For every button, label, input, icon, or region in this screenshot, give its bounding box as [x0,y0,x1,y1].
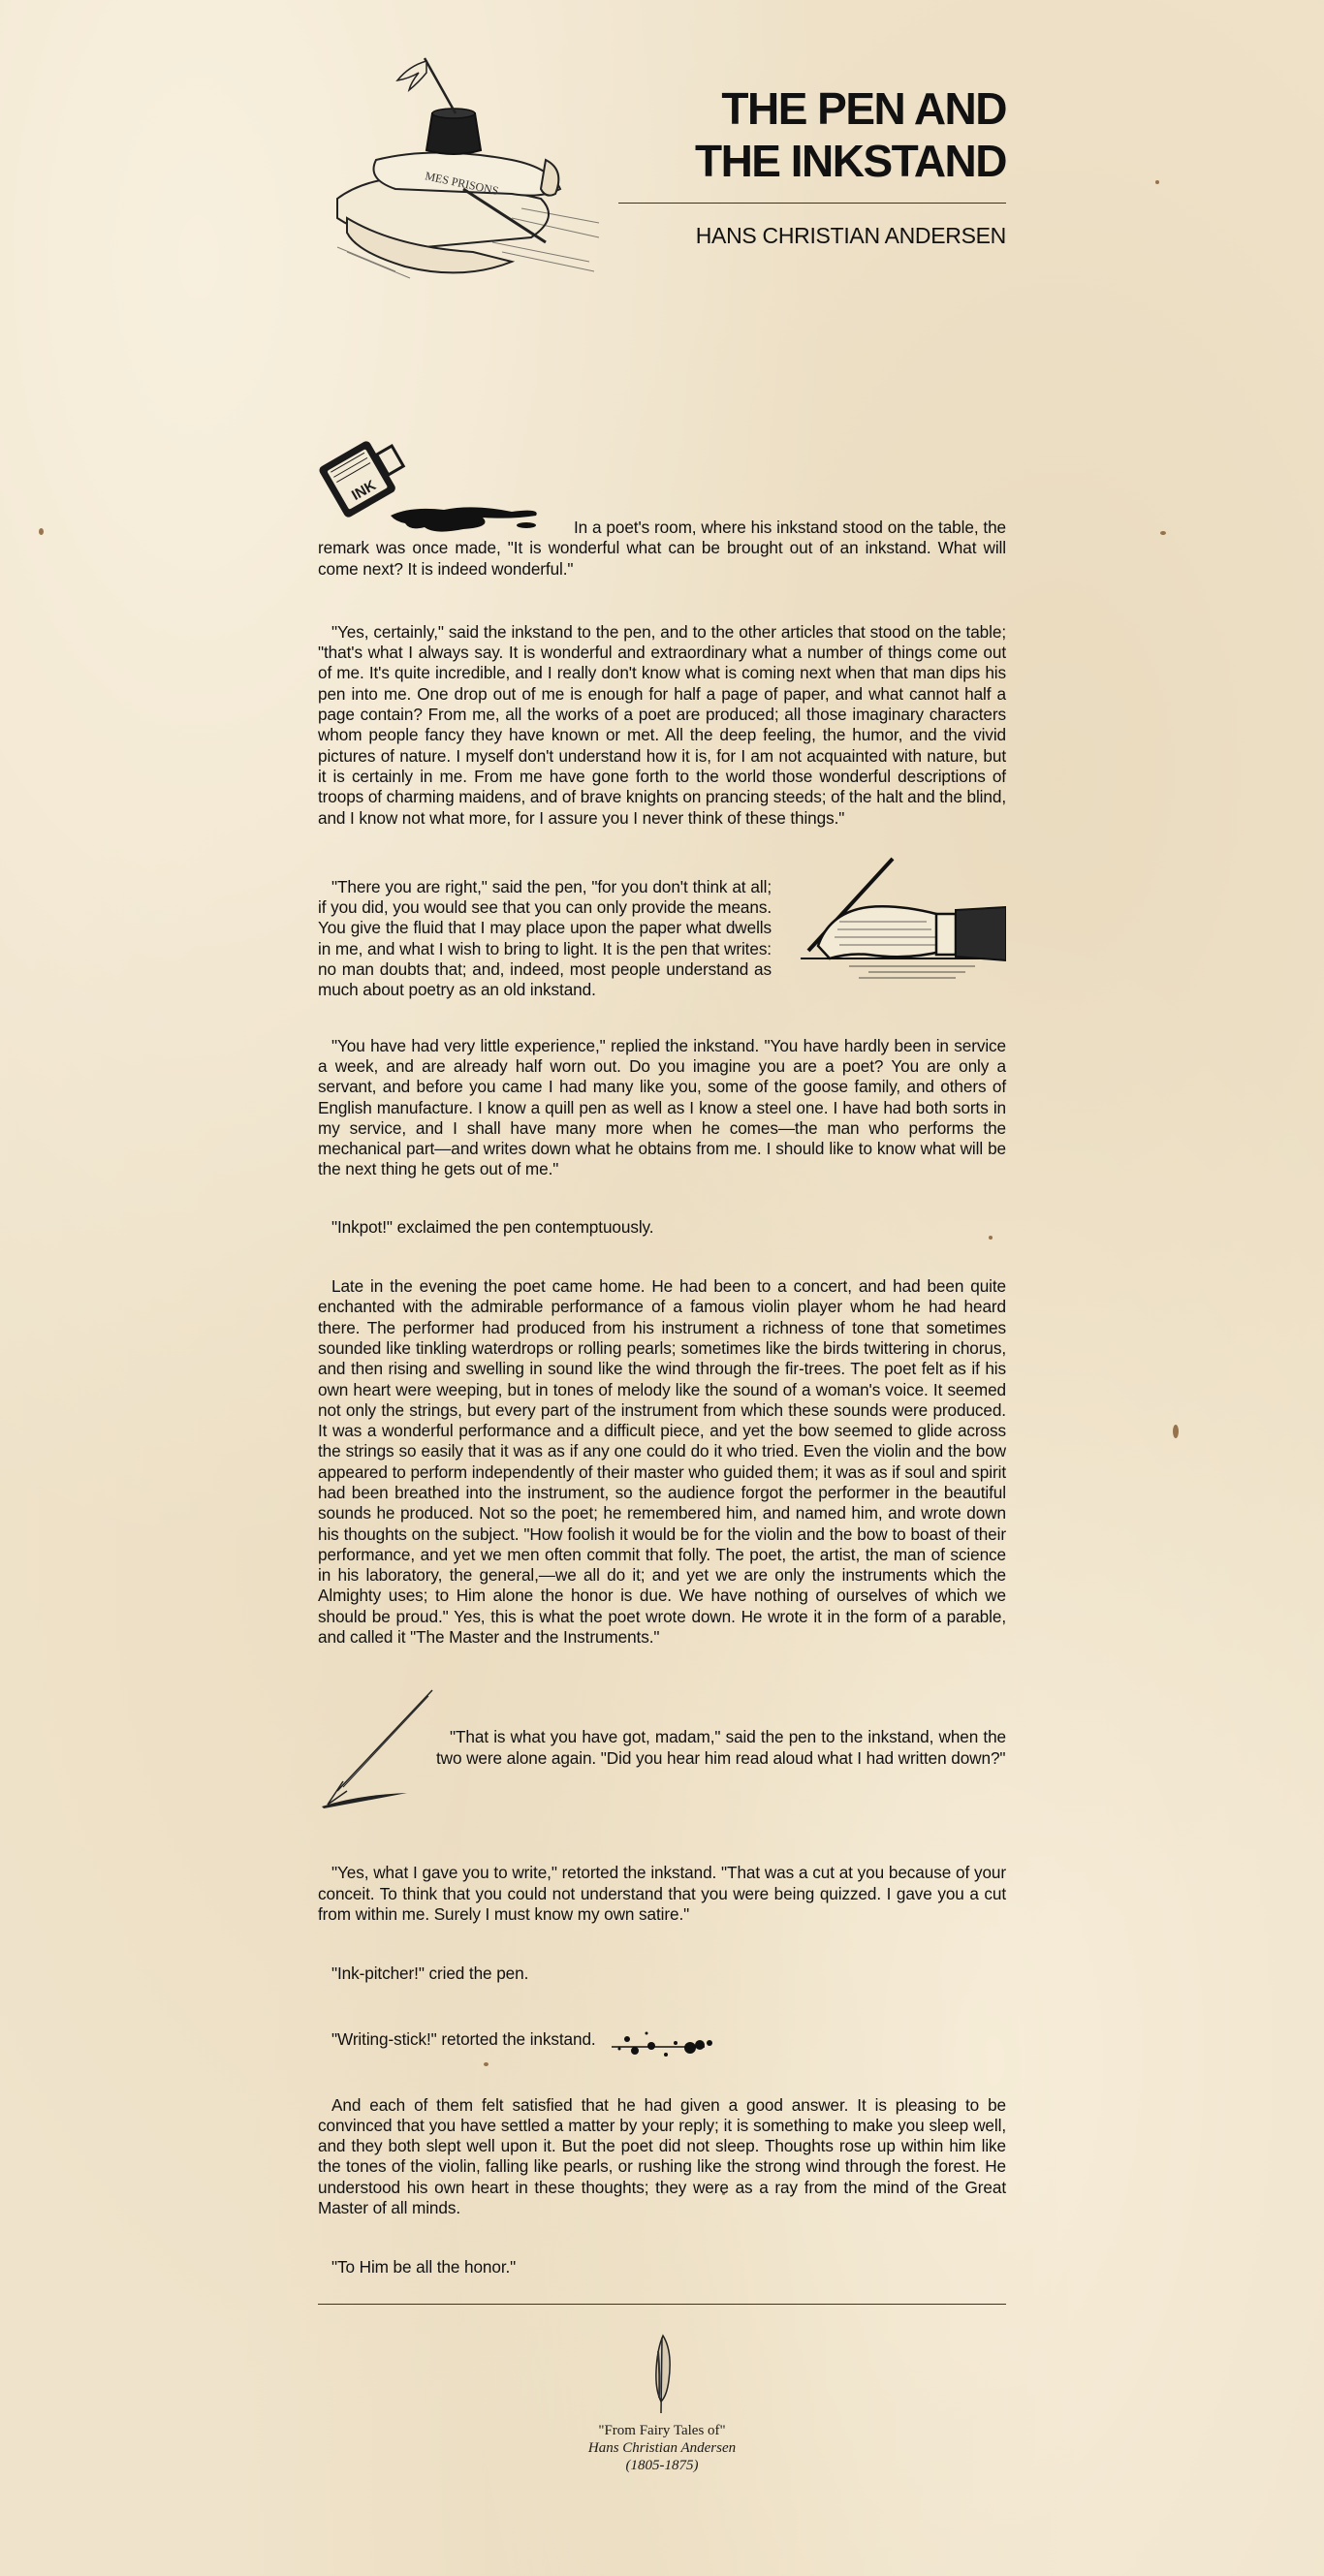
hand-writing-with-pen-illustration [791,854,1006,990]
story-paragraph: "Yes, what I gave you to write," retorte… [318,1863,1006,1925]
story-paragraph-block: "There you are right," said the pen, "fo… [318,865,1006,1001]
story-paragraph-block: And each of them felt satisfied that he … [318,2095,1006,2219]
story-paragraph: "You have had very little experience," r… [318,1036,1006,1180]
story-paragraph: "Writing-stick!" retorted the inkstand. [318,2022,1006,2060]
ink-splatter-illustration [608,2022,714,2060]
story-paragraph-block: "Inkpot!" exclaimed the pen contemptuous… [318,1217,1006,1238]
story-paragraph-block: "You have had very little experience," r… [318,1036,1006,1180]
footer-years: (1805-1875) [318,2457,1006,2474]
story-paragraph-block: "That is what you have got, madam," said… [318,1694,1006,1812]
story-paragraph-block: "To Him be all the honor." [318,2257,1006,2278]
quill-pen-illustration [318,1686,436,1812]
title-block: THE PEN AND THE INKSTAND HANS CHRISTIAN … [618,82,1006,249]
paper-speck [1160,531,1166,535]
story-body: INK In a poet's room, where his inkstand… [318,438,1006,2278]
title-divider [618,203,1006,204]
story-paragraph: And each of them felt satisfied that he … [318,2095,1006,2219]
feather-illustration [647,2332,677,2414]
story-paragraph: Late in the evening the poet came home. … [318,1276,1006,1648]
story-paragraph-block: Late in the evening the poet came home. … [318,1276,1006,1648]
paper-speck [1173,1425,1179,1438]
paper-speck [39,528,44,535]
story-paragraph-block: "Ink-pitcher!" cried the pen. [318,1963,1006,1984]
story-title: THE PEN AND THE INKSTAND [618,82,1006,187]
footer-source: "From Fairy Tales of" [318,2422,1006,2439]
story-paragraph-block: INK In a poet's room, where his inkstand… [318,438,1006,580]
footer-author: Hans Christian Andersen [318,2439,1006,2457]
story-paragraph: "To Him be all the honor." [318,2257,1006,2278]
title-line-1: THE PEN AND [721,83,1006,134]
story-paragraph-block: "Yes, certainly," said the inkstand to t… [318,622,1006,829]
story-paragraph-block: "Yes, what I gave you to write," retorte… [318,1863,1006,1925]
paper-speck [1155,180,1159,184]
story-paragraph: "Ink-pitcher!" cried the pen. [318,1963,1006,1984]
story-paragraph: "Yes, certainly," said the inkstand to t… [318,622,1006,829]
story-footer: "From Fairy Tales of" Hans Christian And… [318,2305,1006,2523]
story-paragraph-text: "Writing-stick!" retorted the inkstand. [331,2029,596,2049]
story-paragraph: "Inkpot!" exclaimed the pen contemptuous… [318,1217,1006,1238]
story-header: MES PRISONS THE PEN AND THE INKSTAND HAN… [318,53,1006,373]
author-name: HANS CHRISTIAN ANDERSEN [618,223,1006,249]
spilled-ink-bottle-illustration: INK [318,438,552,535]
story-paragraph-block: "Writing-stick!" retorted the inkstand. [318,2022,1006,2060]
title-line-2: THE INKSTAND [695,136,1006,186]
story-page: MES PRISONS THE PEN AND THE INKSTAND HAN… [318,0,1006,2523]
inkwell-with-quill-and-papers-illustration: MES PRISONS [318,53,609,286]
